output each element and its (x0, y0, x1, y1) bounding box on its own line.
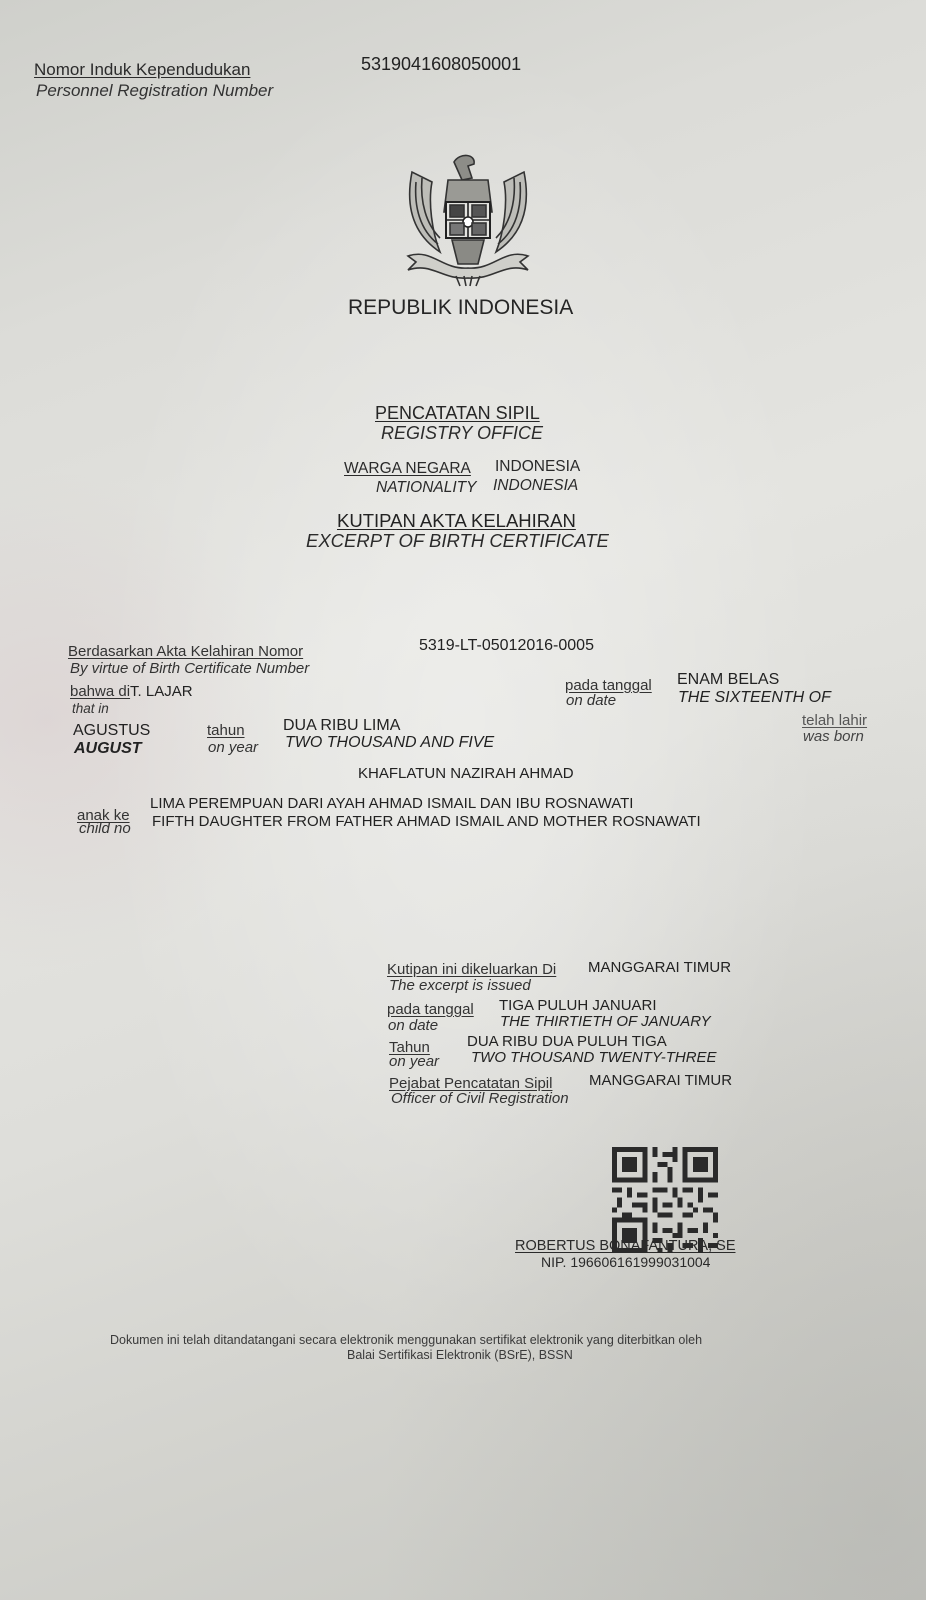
nationality-value: INDONESIA (495, 458, 580, 476)
country-title: REPUBLIK INDONESIA (348, 296, 573, 320)
cert-number-value: 5319-LT-05012016-0005 (419, 637, 594, 655)
issued-label-en: The excerpt is issued (389, 977, 531, 994)
nik-label: Nomor Induk Kependudukan (34, 60, 250, 80)
office-title: PENCATATAN SIPIL (375, 403, 540, 424)
birth-year-en: TWO THOUSAND AND FIVE (285, 734, 494, 752)
place-row: bahwa diT. LAJAR (70, 683, 193, 700)
birth-year: DUA RIBU LIMA (283, 717, 400, 735)
footer-note-line2: Balai Sertifikasi Elektronik (BSrE), BSS… (347, 1348, 573, 1362)
issued-year-label-en: on year (389, 1053, 439, 1070)
issued-date-en: THE THIRTIETH OF JANUARY (500, 1013, 711, 1030)
born-label-en: was born (803, 728, 864, 745)
cert-number-label: Berdasarkan Akta Kelahiran Nomor (68, 643, 303, 660)
child-no-value-en: FIFTH DAUGHTER FROM FATHER AHMAD ISMAIL … (152, 813, 701, 830)
cert-number-label-en: By virtue of Birth Certificate Number (70, 660, 309, 677)
office-title-en: REGISTRY OFFICE (381, 423, 543, 444)
child-no-label-en: child no (79, 820, 131, 837)
issued-year: DUA RIBU DUA PULUH TIGA (467, 1033, 667, 1050)
officer-label-en: Officer of Civil Registration (391, 1090, 569, 1107)
issued-date: TIGA PULUH JANUARI (499, 997, 657, 1014)
nationality-value-en: INDONESIA (493, 477, 578, 495)
child-name: KHAFLATUN NAZIRAH AHMAD (358, 765, 574, 782)
issued-place: MANGGARAI TIMUR (588, 959, 731, 976)
birth-year-label-en: on year (208, 739, 258, 756)
nik-value: 5319041608050001 (361, 54, 521, 75)
born-label: telah lahir (802, 712, 867, 729)
garuda-pancasila-emblem-icon (402, 152, 534, 288)
document-title-en: EXCERPT OF BIRTH CERTIFICATE (306, 530, 609, 552)
footer-note-line1: Dokumen ini telah ditandatangani secara … (110, 1333, 702, 1347)
issued-year-en: TWO THOUSAND TWENTY-THREE (471, 1049, 717, 1066)
document-title: KUTIPAN AKTA KELAHIRAN (337, 510, 576, 532)
officer-nip: NIP. 196606161999031004 (541, 1254, 710, 1270)
child-no-value: LIMA PEREMPUAN DARI AYAH AHMAD ISMAIL DA… (150, 795, 633, 812)
birth-year-label: tahun (207, 722, 245, 739)
nik-label-en: Personnel Registration Number (36, 81, 273, 101)
birth-day-en: THE SIXTEENTH OF (678, 689, 831, 707)
issued-date-label: pada tanggal (387, 1001, 474, 1018)
place-label-en: that in (72, 701, 109, 716)
place-label: bahwa di (70, 683, 130, 700)
birth-date-label-en: on date (566, 692, 616, 709)
nationality-label-en: NATIONALITY (376, 479, 476, 497)
issued-label: Kutipan ini dikeluarkan Di (387, 961, 556, 978)
birth-day: ENAM BELAS (677, 671, 779, 689)
issued-date-label-en: on date (388, 1017, 438, 1034)
birth-month: AGUSTUS (73, 722, 150, 740)
place-value: T. LAJAR (130, 683, 193, 700)
nationality-label: WARGA NEGARA (344, 460, 471, 478)
officer-region: MANGGARAI TIMUR (589, 1072, 732, 1089)
officer-name: ROBERTUS BONAFANTURA, SE (515, 1238, 736, 1254)
birth-month-en: AUGUST (74, 740, 142, 758)
